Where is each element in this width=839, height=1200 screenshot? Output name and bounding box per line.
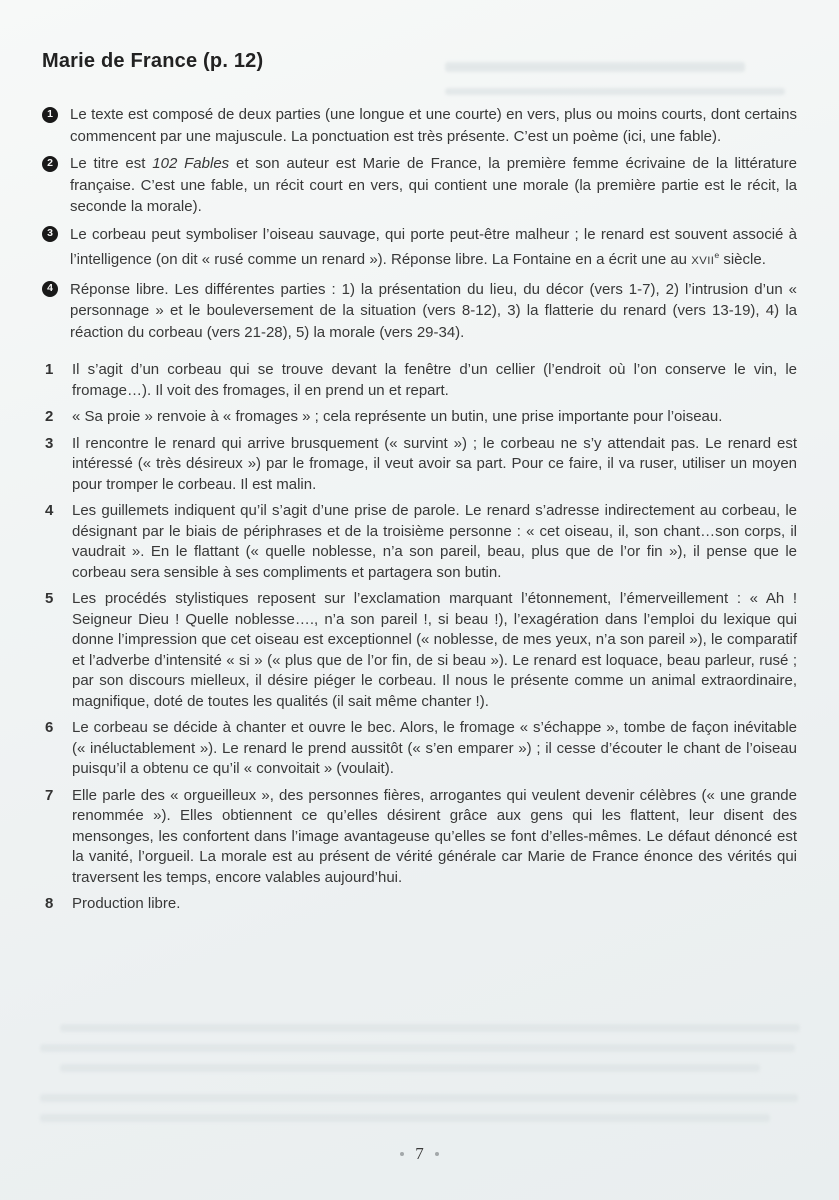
intro-item-text: Réponse libre. Les différentes parties :… [70, 279, 797, 344]
answer-number: 2 [45, 407, 53, 428]
answer-number: 8 [45, 894, 53, 915]
page-number-dot-left [400, 1152, 404, 1156]
ghost-line [40, 1114, 770, 1122]
intro-item-text: Le texte est composé de deux parties (un… [70, 104, 797, 147]
answer-number: 4 [45, 501, 53, 522]
answer-item: 6Le corbeau se décide à chanter et ouvre… [42, 718, 797, 780]
answer-text: Il rencontre le renard qui arrive brusqu… [72, 434, 797, 496]
numbered-circle-marker: 3 [42, 226, 58, 242]
page-number-dot-right [435, 1152, 439, 1156]
ghost-line [60, 1024, 800, 1032]
intro-item: 2Le titre est 102 Fables et son auteur e… [42, 153, 797, 218]
intro-item: 1Le texte est composé de deux parties (u… [42, 104, 797, 147]
intro-item-text: Le corbeau peut symboliser l’oiseau sauv… [70, 224, 797, 273]
intro-item: 4Réponse libre. Les différentes parties … [42, 279, 797, 344]
answer-text: Les guillemets indiquent qu’il s’agit d’… [72, 501, 797, 583]
answer-item: 3Il rencontre le renard qui arrive brusq… [42, 434, 797, 496]
answer-text: « Sa proie » renvoie à « fromages » ; ce… [72, 407, 797, 428]
intro-item-text: Le titre est 102 Fables et son auteur es… [70, 153, 797, 218]
numbered-circle-marker: 2 [42, 156, 58, 172]
answer-item: 1Il s’agit d’un corbeau qui se trouve de… [42, 360, 797, 401]
answer-item: 5Les procédés stylistiques reposent sur … [42, 589, 797, 712]
page: Marie de France (p. 12) 1Le texte est co… [42, 0, 797, 921]
answers-list: 1Il s’agit d’un corbeau qui se trouve de… [42, 360, 797, 915]
answer-item: 8Production libre. [42, 894, 797, 915]
page-title: Marie de France (p. 12) [42, 50, 797, 73]
page-number: 7 [0, 1144, 839, 1164]
answer-text: Elle parle des « orgueilleux », des pers… [72, 786, 797, 889]
answer-number: 5 [45, 589, 53, 610]
intro-list: 1Le texte est composé de deux parties (u… [42, 104, 797, 343]
answer-text: Le corbeau se décide à chanter et ouvre … [72, 718, 797, 780]
answer-item: 2« Sa proie » renvoie à « fromages » ; c… [42, 407, 797, 428]
intro-item: 3Le corbeau peut symboliser l’oiseau sau… [42, 224, 797, 273]
answer-item: 7Elle parle des « orgueilleux », des per… [42, 786, 797, 889]
answer-number: 1 [45, 360, 53, 381]
ghost-line [60, 1064, 760, 1072]
answer-number: 7 [45, 786, 53, 807]
ghost-showthrough-bottom [40, 1024, 800, 1134]
numbered-circle-marker: 1 [42, 107, 58, 123]
ghost-line [40, 1044, 795, 1052]
ghost-line [40, 1094, 798, 1102]
answer-number: 3 [45, 434, 53, 455]
answer-text: Production libre. [72, 894, 797, 915]
numbered-circle-marker: 4 [42, 281, 58, 297]
answer-item: 4Les guillemets indiquent qu’il s’agit d… [42, 501, 797, 583]
page-number-value: 7 [415, 1144, 424, 1163]
answer-text: Il s’agit d’un corbeau qui se trouve dev… [72, 360, 797, 401]
answer-number: 6 [45, 718, 53, 739]
answer-text: Les procédés stylistiques reposent sur l… [72, 589, 797, 712]
